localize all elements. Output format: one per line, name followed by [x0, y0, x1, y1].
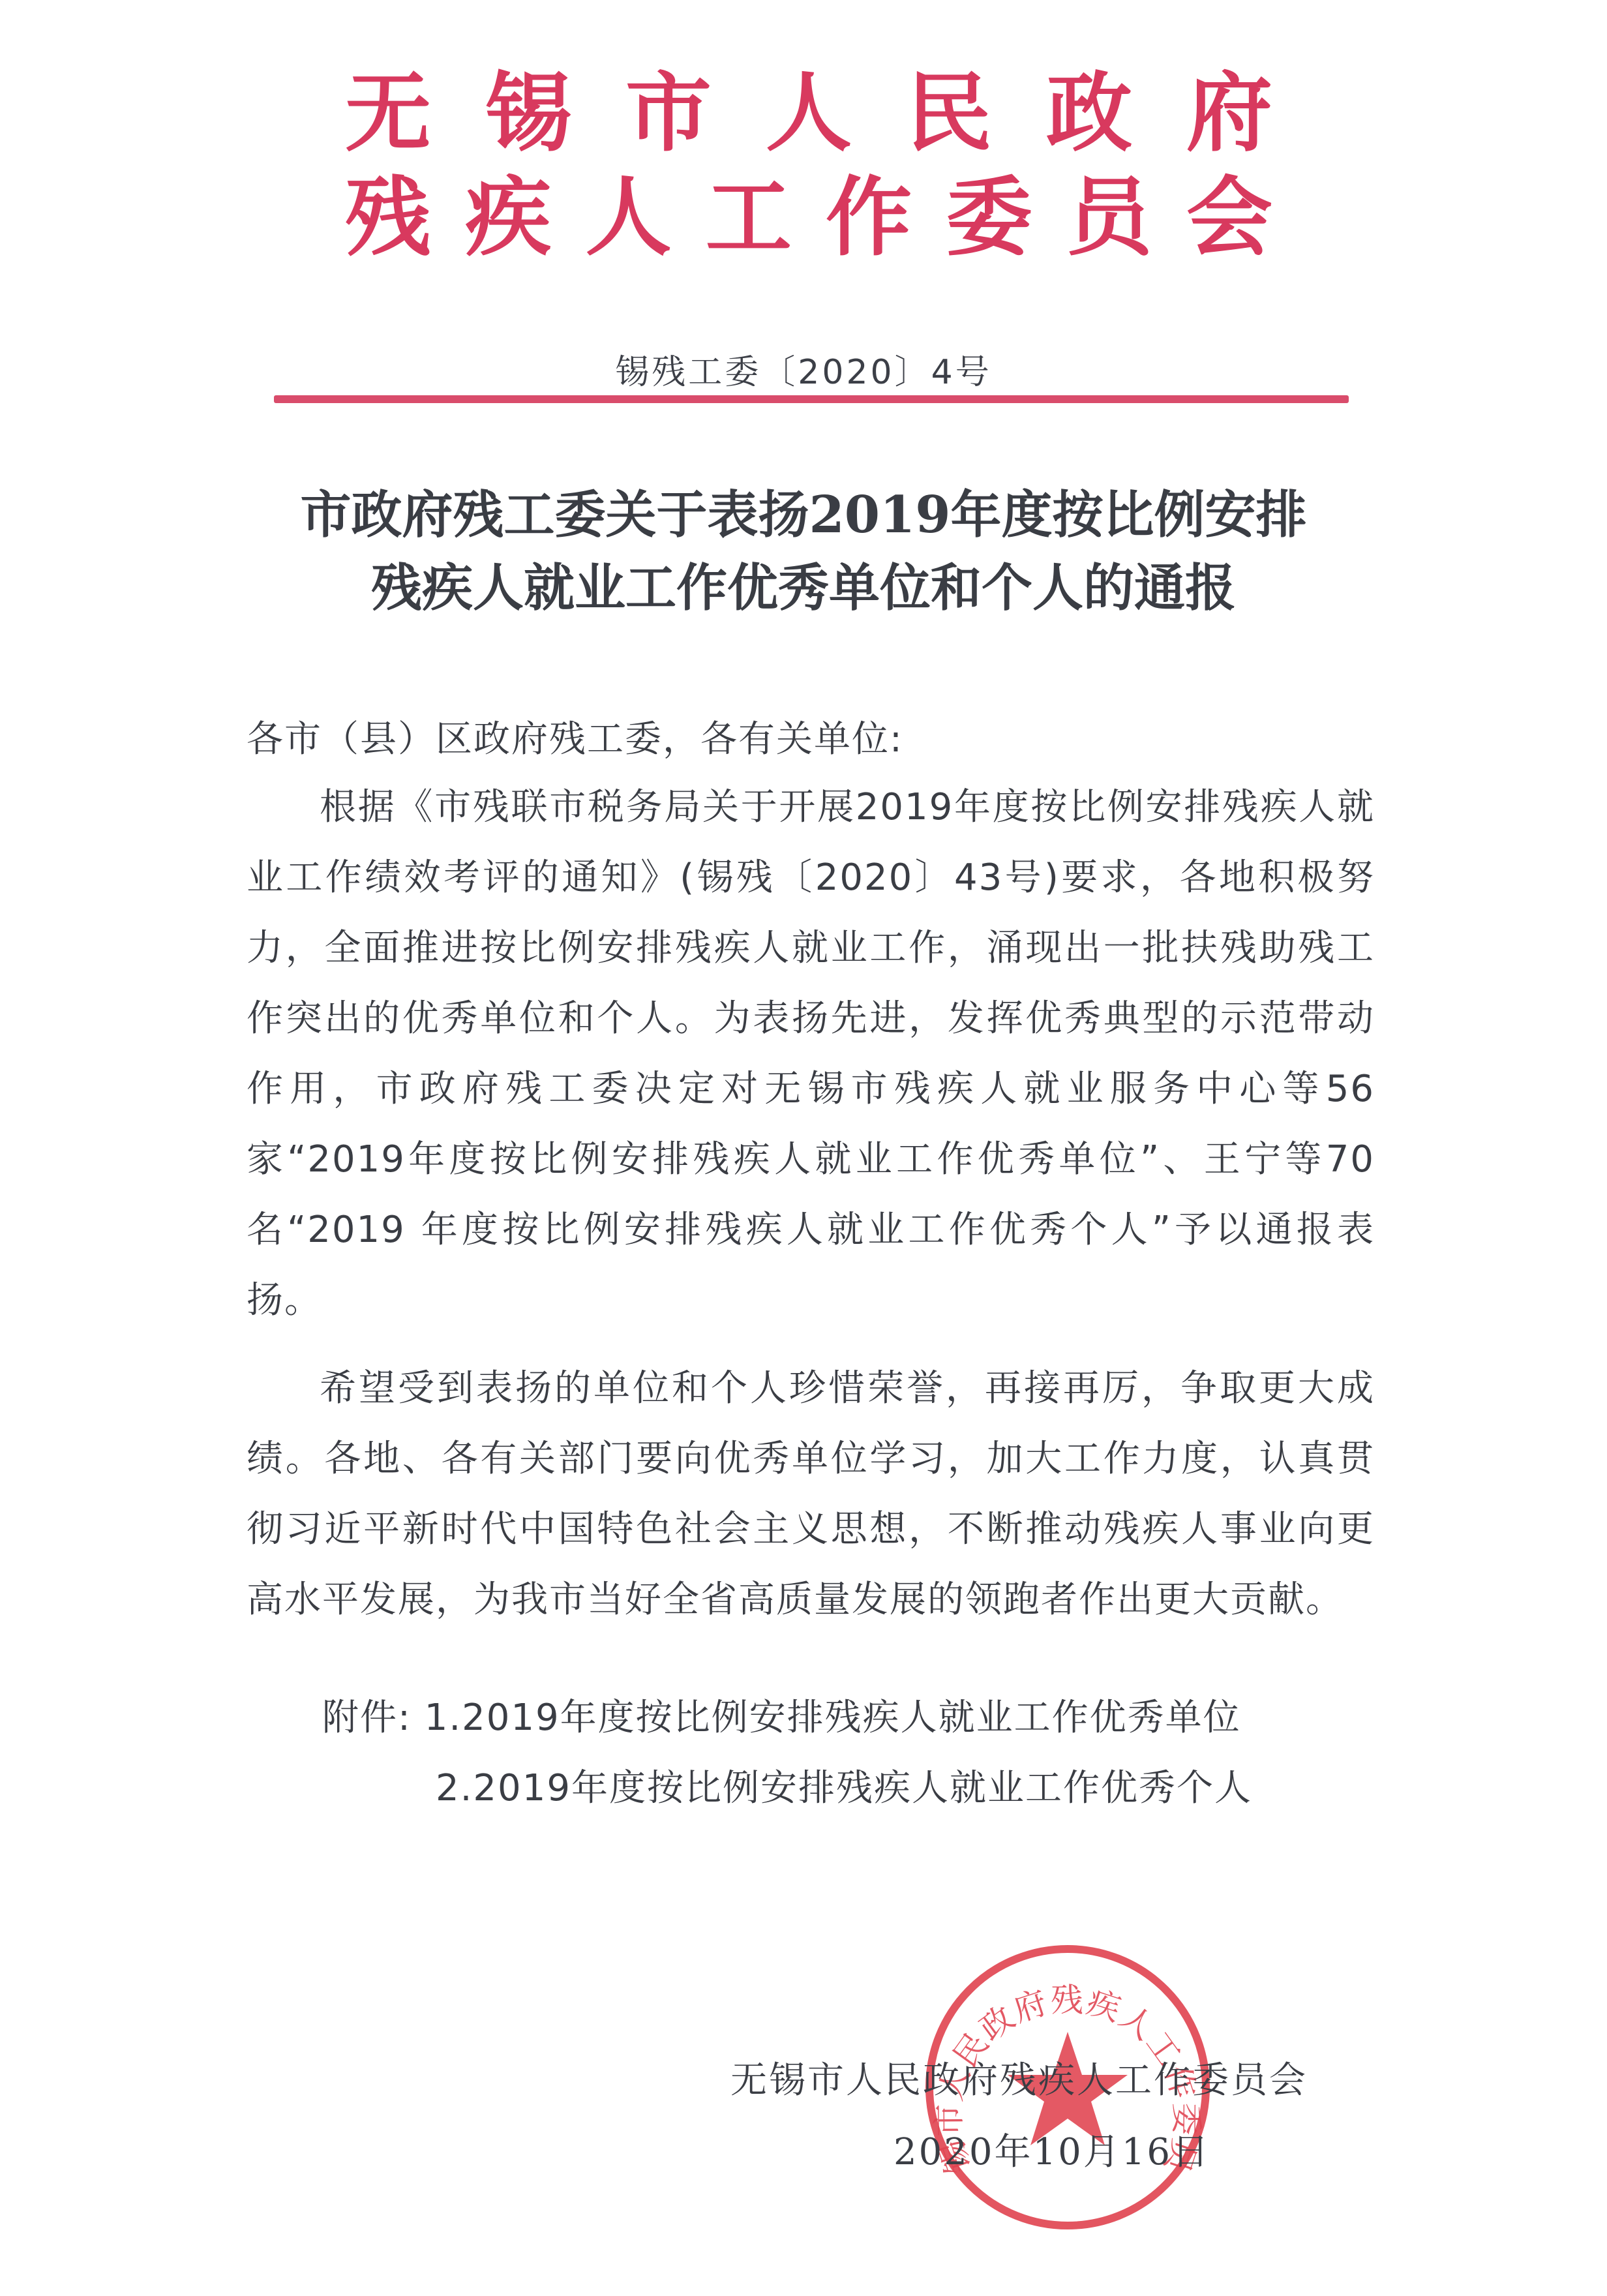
masthead-char: 残: [339, 175, 437, 261]
masthead-line-2: 残 疾 人 工 作 委 员 会: [339, 175, 1278, 261]
masthead-char: 府: [1180, 70, 1278, 157]
masthead-char: 市: [620, 70, 717, 157]
salutation: 各市（县）区政府残工委，各有关单位:: [247, 704, 1375, 775]
masthead-line-1: 无 锡 市 人 民 政 府: [339, 70, 1278, 157]
body-paragraph-1: 根据《市残联市税务局关于开展2019年度按比例安排残疾人就业工作绩效考评的通知》…: [247, 772, 1375, 1336]
attachment-title: 1.2019年度按比例安排残疾人就业工作优秀单位: [425, 1697, 1241, 1739]
red-divider-line: [274, 395, 1349, 403]
masthead-char: 作: [820, 175, 918, 261]
masthead-char: 工: [700, 175, 798, 261]
masthead-char: 民: [900, 70, 998, 157]
masthead-char: 疾: [459, 175, 557, 261]
masthead-char: 无: [339, 70, 437, 157]
attachment-title: 2.2019年度按比例安排残疾人就业工作优秀个人: [436, 1767, 1252, 1809]
masthead-char: 人: [760, 70, 858, 157]
masthead-char: 政: [1040, 70, 1138, 157]
masthead-char: 锡: [479, 70, 577, 157]
issuer-signature: 无锡市人民政府残疾人工作委员会: [730, 2055, 1308, 2107]
masthead-char: 人: [580, 175, 678, 261]
document-number: 锡残工委〔2020〕4号: [0, 344, 1607, 393]
masthead-char: 委: [940, 175, 1038, 261]
masthead-char: 员: [1060, 175, 1158, 261]
attachment-item-1: 附件: 1.2019年度按比例安排残疾人就业工作优秀单位: [322, 1683, 1241, 1753]
document-page: 无 锡 市 人 民 政 府 残 疾 人 工 作 委 员 会 锡残工委〔2020〕…: [0, 0, 1607, 2296]
masthead-char: 会: [1180, 175, 1278, 261]
issue-date: 2020年10月16日: [894, 2126, 1210, 2179]
document-title-line-1: 市政府残工委关于表扬2019年度按比例安排: [0, 483, 1607, 548]
attachment-label: 附件:: [322, 1697, 412, 1739]
document-title-line-2: 残疾人就业工作优秀单位和个人的通报: [0, 556, 1607, 621]
attachment-item-2: 2.2019年度按比例安排残疾人就业工作优秀个人: [436, 1753, 1252, 1824]
body-paragraph-2: 希望受到表扬的单位和个人珍惜荣誉，再接再厉，争取更大成绩。各地、各有关部门要向优…: [247, 1353, 1375, 1635]
